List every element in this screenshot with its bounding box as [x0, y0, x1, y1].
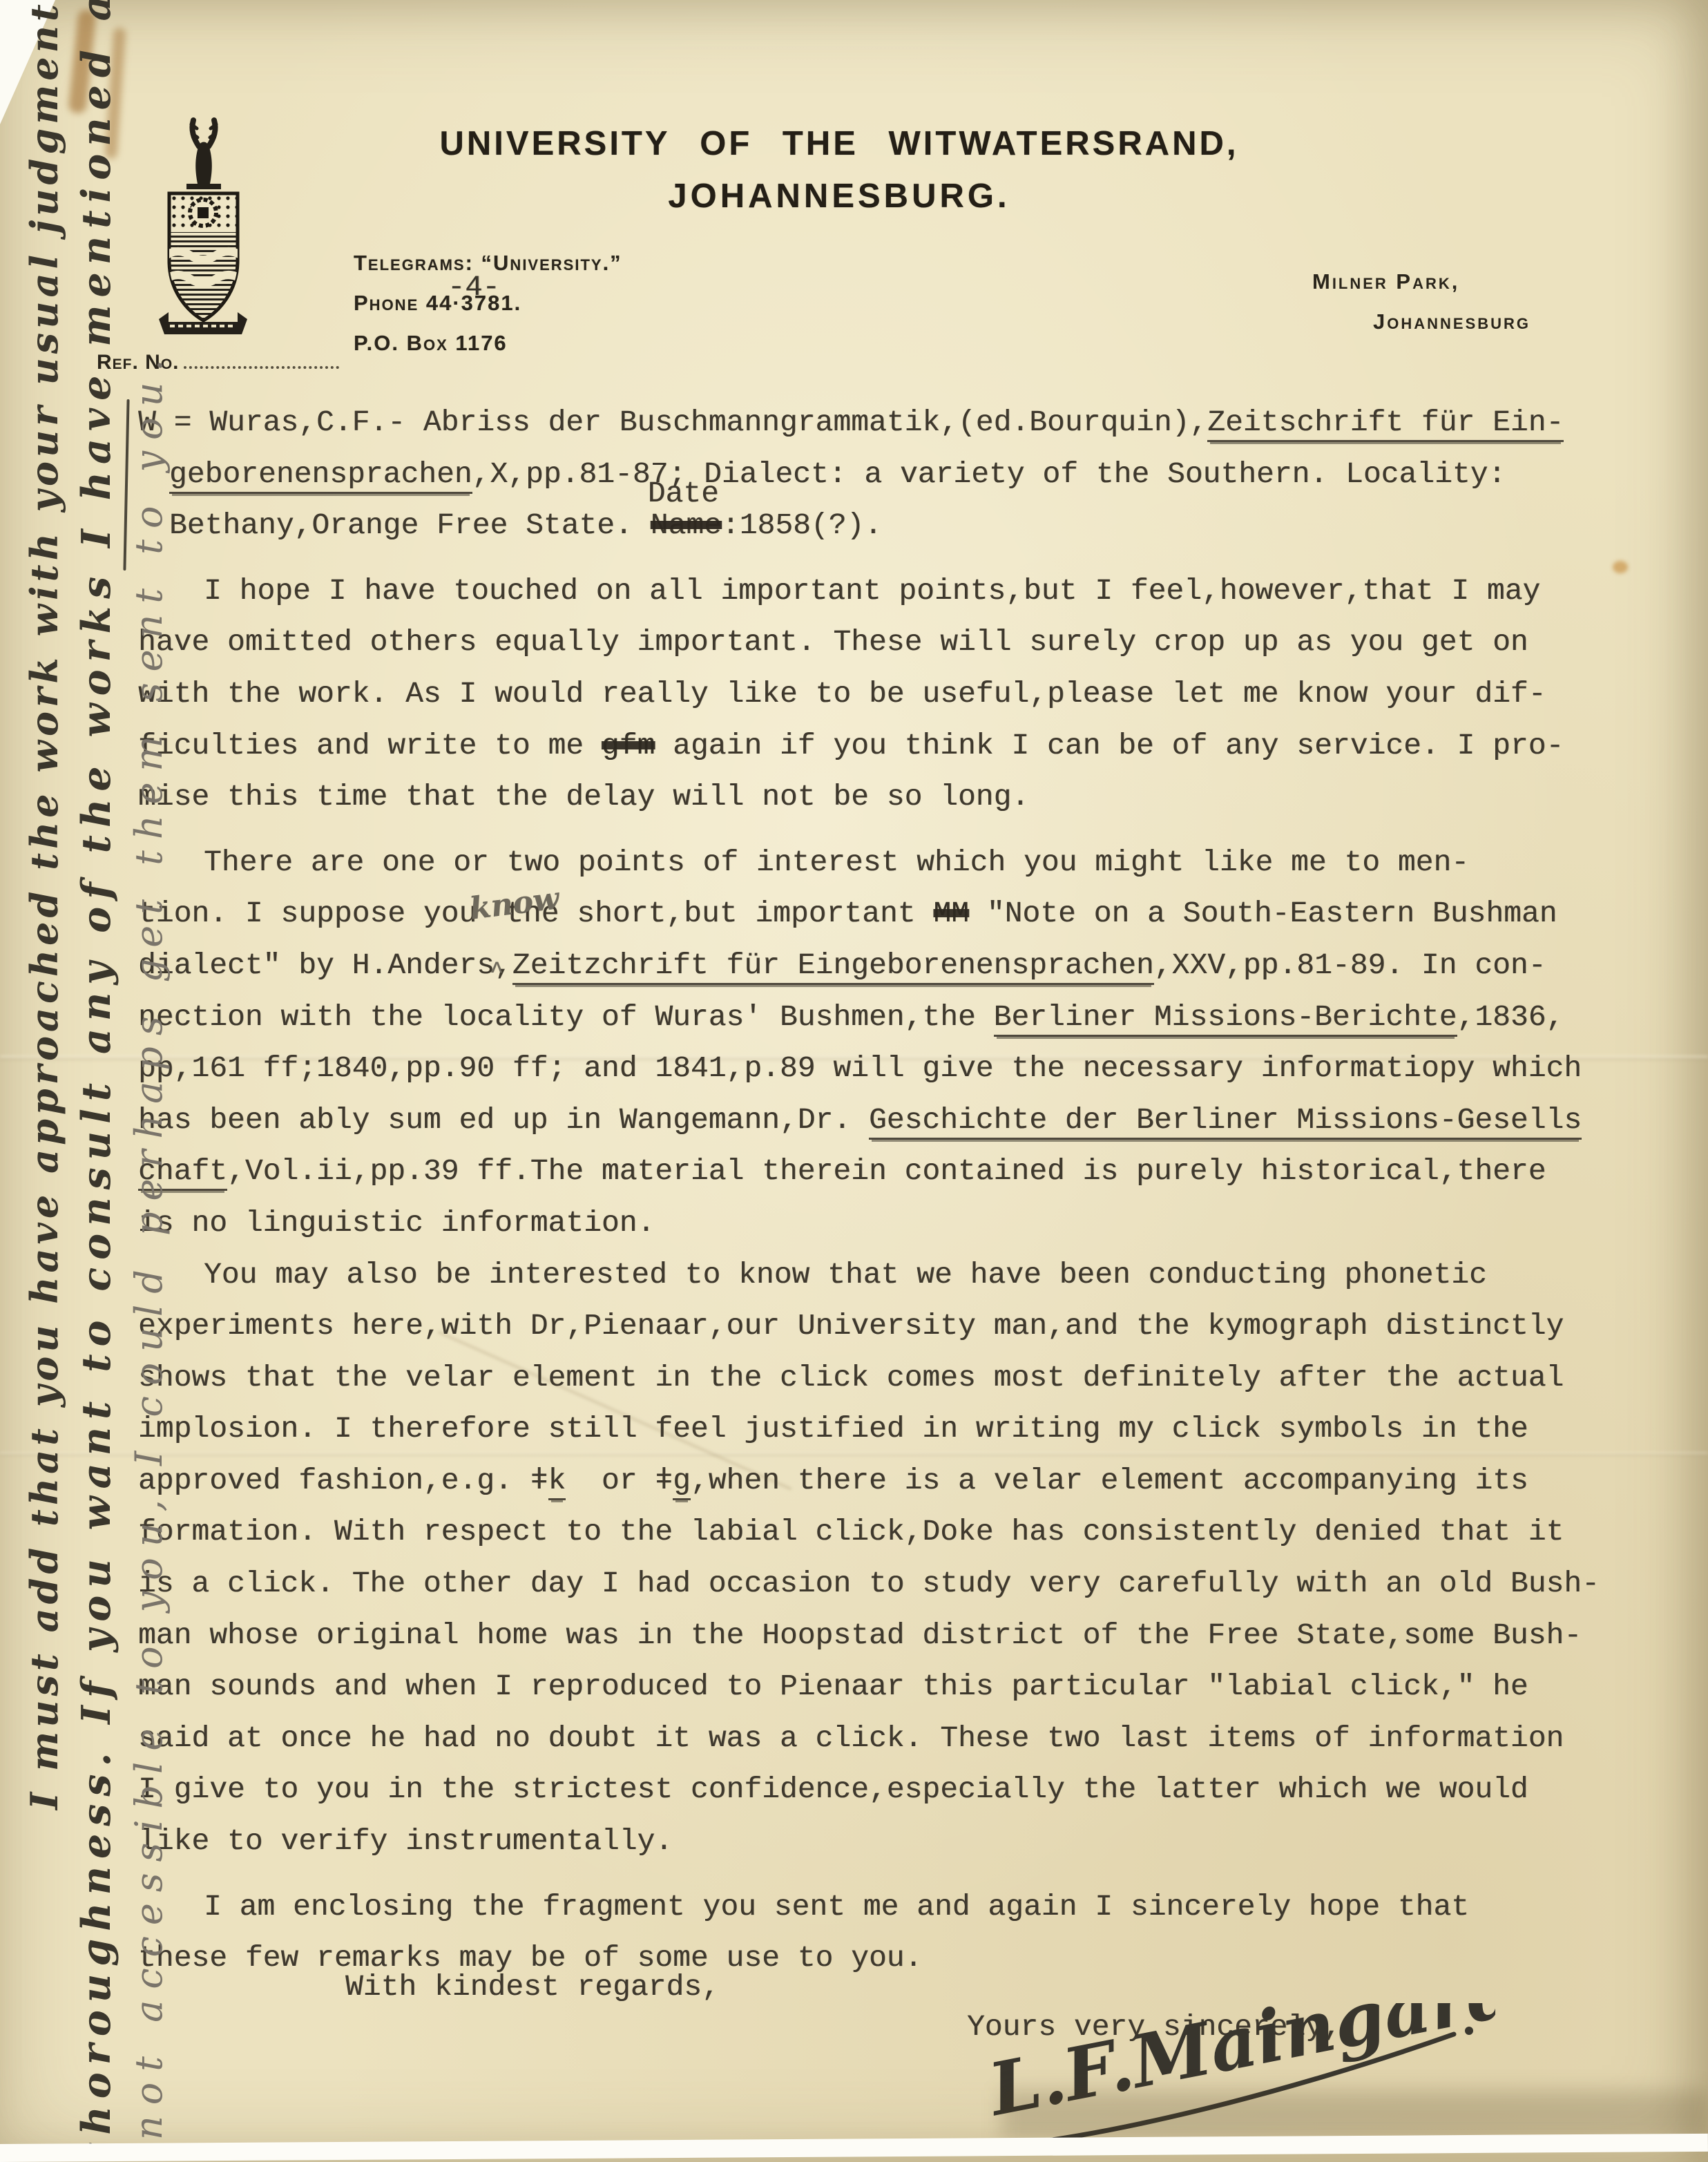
typed-line: You may also be interested to know that …	[138, 1250, 1678, 1301]
typed-text: nection with the locality of Wuras' Bush…	[138, 1000, 994, 1034]
typed-line: I give to you in the strictest confidenc…	[138, 1764, 1678, 1816]
typed-text: formation. With respect to the labial cl…	[138, 1515, 1564, 1549]
typed-line: I am enclosing the fragment you sent me …	[138, 1882, 1678, 1933]
typed-text: again if you think I can be of any servi…	[655, 729, 1564, 763]
typed-text: is no linguistic information.	[138, 1206, 655, 1240]
university-title-line1: UNIVERSITY OF THE WITWATERSRAND,	[387, 124, 1292, 163]
typed-text: man whose original home was in the Hoops…	[138, 1618, 1582, 1652]
typed-line: implosion. I therefore still feel justif…	[138, 1404, 1678, 1455]
typed-line: Bethany,Orange Free State. DateName:1858…	[138, 500, 1678, 552]
typed-line: like to verify instrumentally.	[138, 1816, 1678, 1868]
university-title-line2: JOHANNESBURG.	[387, 177, 1292, 216]
typed-text: Bethany,Orange Free State.	[169, 508, 651, 542]
typed-line: I hope I have touched on all important p…	[138, 566, 1678, 618]
typed-text: :1858(?).	[722, 508, 882, 542]
typed-line: tion. I suppose you knowʌthe short,but i…	[138, 888, 1678, 940]
typed-text: You may also be interested to know that …	[204, 1258, 1487, 1292]
typed-correction-date-over-name: DateName	[651, 500, 722, 552]
typed-text: or ǂ	[566, 1464, 673, 1498]
typed-text: ficulties and write to me	[138, 729, 602, 763]
typed-text: ,1836,	[1457, 1000, 1564, 1034]
underlined-citation: Geschichte der Berliner Missions-Gesells	[869, 1103, 1582, 1140]
typed-text: ,X,pp.81-87; Dialect: a variety of the S…	[472, 457, 1506, 491]
typed-line: geborenensprachen,X,pp.81-87; Dialect: a…	[138, 449, 1678, 501]
typed-line: W = Wuras,C.F.- Abriss der Buschmanngram…	[138, 397, 1678, 449]
typed-line: is no linguistic information.	[138, 1198, 1678, 1250]
typed-text: "Note on a South-Eastern Bushman	[969, 897, 1557, 930]
typed-text: like to verify instrumentally.	[138, 1824, 673, 1858]
typed-text: ,when there is a velar element accompany…	[691, 1464, 1528, 1498]
typed-letter-body: W = Wuras,C.F.- Abriss der Buschmanngram…	[138, 397, 1678, 1984]
typed-line: There are one or two points of interest …	[138, 837, 1678, 889]
typed-line: man whose original home was in the Hoops…	[138, 1610, 1678, 1662]
typed-text: I am enclosing the fragment you sent me …	[204, 1890, 1469, 1924]
underlined-citation: Zeitschrift für Ein-	[1207, 405, 1564, 442]
typed-line: man sounds and when I reproduced to Pien…	[138, 1661, 1678, 1713]
ref-no-blank-line	[184, 352, 339, 369]
typed-text: There are one or two points of interest …	[204, 845, 1469, 879]
letter-scan-page: { "letterhead": { "title_line1": "UNIVER…	[0, 0, 1708, 2162]
typed-text: has been ably sum ed up in Wangemann,Dr.	[138, 1103, 869, 1137]
address-line2: Johannesburg	[1373, 309, 1531, 334]
typed-line: pp,161 ff;1840,pp.90 ff; and 1841,p.89 w…	[138, 1043, 1678, 1095]
margin-note-line1: I must add that you have approached the …	[22, 0, 66, 1810]
typed-line: with the work. As I would really like to…	[138, 669, 1678, 720]
typed-text: the short,but important	[506, 897, 933, 930]
typed-text: tion. I suppose you	[138, 897, 495, 930]
typed-line: chaft,Vol.ii,pp.39 ff.The material there…	[138, 1146, 1678, 1198]
typed-text: approved fashion,e.g. ǂ	[138, 1464, 548, 1498]
struck-out-text: gfm	[602, 729, 655, 763]
address-line1: Milner Park,	[1312, 269, 1459, 294]
typed-text: mise this time that the delay will not b…	[138, 780, 1029, 814]
underlined-citation: k	[548, 1464, 566, 1500]
typed-text: implosion. I therefore still feel justif…	[138, 1412, 1528, 1446]
page-number: -4-	[448, 271, 500, 304]
typed-line: formation. With respect to the labial cl…	[138, 1506, 1678, 1558]
typed-text: with the work. As I would really like to…	[138, 677, 1546, 711]
underlined-citation: Zeitzchrift für Eingeborenensprachen	[512, 948, 1154, 985]
underlined-citation: geborenensprachen	[169, 457, 472, 494]
typed-text: I hope I have touched on all important p…	[204, 574, 1540, 608]
typed-line: mise this time that the delay will not b…	[138, 772, 1678, 823]
typed-line: have omitted others equally important. T…	[138, 617, 1678, 669]
typed-text: ,XXV,pp.81-89. In con-	[1154, 948, 1546, 982]
typed-text: man sounds and when I reproduced to Pien…	[138, 1670, 1528, 1703]
page-curl-shadow	[1001, 2090, 1708, 2139]
typed-text: dialect" by H.Anders,	[138, 948, 512, 982]
underlined-citation: Berliner Missions-Berichte	[994, 1000, 1457, 1037]
typed-text: shows that the velar element in the clic…	[138, 1361, 1564, 1395]
typed-line: said at once he had no doubt it was a cl…	[138, 1713, 1678, 1765]
margin-note-line3: not accessible to you, I could perhaps g…	[127, 348, 171, 2140]
typed-text: I give to you in the strictest confidenc…	[138, 1772, 1528, 1806]
typed-text: W = Wuras,C.F.- Abriss der Buschmanngram…	[138, 405, 1207, 439]
typed-text: said at once he had no doubt it was a cl…	[138, 1721, 1564, 1755]
typed-text: experiments here,with Dr,Pienaar,our Uni…	[138, 1309, 1564, 1343]
typed-line: approved fashion,e.g. ǂk or ǂg,when ther…	[138, 1455, 1678, 1507]
typed-line: ficulties and write to me gfm again if y…	[138, 720, 1678, 772]
typed-line: shows that the velar element in the clic…	[138, 1352, 1678, 1404]
typed-text: have omitted others equally important. T…	[138, 625, 1528, 659]
typed-line: experiments here,with Dr,Pienaar,our Uni…	[138, 1301, 1678, 1352]
typed-text: pp,161 ff;1840,pp.90 ff; and 1841,p.89 w…	[138, 1051, 1582, 1085]
typed-line: is a click. The other day I had occasion…	[138, 1558, 1678, 1610]
typed-line: has been ably sum ed up in Wangemann,Dr.…	[138, 1095, 1678, 1147]
typed-line: nection with the locality of Wuras' Bush…	[138, 992, 1678, 1044]
po-box-line: P.O. Box 1176	[354, 323, 622, 363]
typed-text: is a click. The other day I had occasion…	[138, 1567, 1600, 1600]
closing-regards: With kindest regards,	[345, 1970, 720, 2004]
typed-text: ,Vol.ii,pp.39 ff.The material therein co…	[227, 1154, 1546, 1188]
typed-line: dialect" by H.Anders,Zeitzchrift für Ein…	[138, 940, 1678, 992]
university-crest-icon	[153, 115, 253, 346]
margin-note-line2: thoroughness. If you want to consult any…	[73, 0, 119, 2161]
underlined-citation: g	[673, 1464, 691, 1500]
struck-out-text: MM	[933, 897, 969, 930]
